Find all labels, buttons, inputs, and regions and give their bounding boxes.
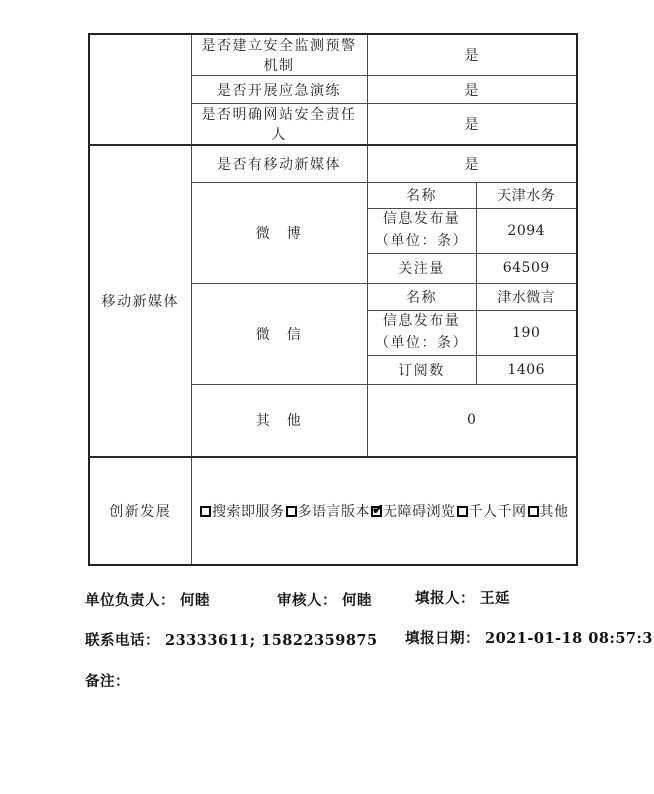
- wechat-name-value: 津水微言: [476, 283, 577, 310]
- innovation-section-label: 创新发展: [89, 457, 191, 565]
- checkbox-icon[interactable]: ✔: [457, 506, 468, 517]
- annual-report-table: 是否建立安全监测预警机制 是 是否开展应急演练 是 是否明确网站安全责任人 是 …: [88, 33, 578, 566]
- contact-phone-field: 联系电话：23333611; 15822359875: [85, 629, 378, 650]
- report-date-value: 2021-01-18 08:57:36: [485, 630, 654, 647]
- other-media-value: 0: [367, 384, 577, 457]
- other-media-label: 其 他: [191, 384, 367, 457]
- weibo-posts-label: 信息发布量 （单位：条）: [367, 208, 476, 253]
- innovation-option-label: 无障碍浏览: [383, 501, 456, 521]
- report-date-label: 填报日期：: [405, 630, 480, 647]
- reviewer-field: 审核人：何睦: [277, 589, 372, 610]
- has-mobile-media-value: 是: [367, 145, 577, 182]
- filler-value: 王延: [480, 590, 510, 607]
- remarks-field: 备注：: [85, 670, 130, 691]
- contact-phone-value: 23333611; 15822359875: [165, 632, 378, 649]
- wechat-subscribers-value: 1406: [476, 355, 577, 384]
- reviewer-value: 何睦: [342, 592, 372, 609]
- check-icon: ✔: [372, 503, 384, 517]
- weibo-followers-value: 64509: [476, 253, 577, 283]
- security-answer-value: 是: [367, 104, 577, 146]
- wechat-posts-label: 信息发布量 （单位：条）: [367, 310, 476, 355]
- weibo-name-value: 天津水务: [476, 182, 577, 208]
- wechat-posts-value: 190: [476, 310, 577, 355]
- unit-head-field: 单位负责人：何睦: [85, 589, 210, 610]
- weibo-followers-label: 关注量: [367, 253, 476, 283]
- weibo-name-label: 名称: [367, 182, 476, 208]
- weibo-label: 微 博: [191, 182, 367, 283]
- has-mobile-media-label: 是否有移动新媒体: [191, 145, 367, 182]
- filler-field: 填报人：王延: [415, 587, 510, 608]
- innovation-option: ✔ 千人千网: [456, 501, 527, 521]
- wechat-label: 微 信: [191, 283, 367, 384]
- innovation-option: ✔ 其他: [527, 501, 569, 521]
- innovation-option-label: 其他: [540, 501, 569, 521]
- checkbox-icon[interactable]: ✔: [371, 506, 382, 517]
- innovation-option: ✔ 无障碍浏览: [370, 501, 456, 521]
- contact-phone-label: 联系电话：: [85, 632, 160, 649]
- checkbox-icon[interactable]: ✔: [528, 506, 539, 517]
- innovation-option: ✔ 搜索即服务: [199, 501, 285, 521]
- innovation-option: ✔ 多语言版本: [285, 501, 371, 521]
- innovation-options-cell: ✔ 搜索即服务 ✔ 多语言版本 ✔ 无障碍浏览 ✔ 千人千网: [191, 457, 577, 565]
- security-section-blank-cell: [89, 34, 191, 145]
- checkbox-icon[interactable]: ✔: [286, 506, 297, 517]
- security-answer-value: 是: [367, 76, 577, 104]
- unit-head-label: 单位负责人：: [85, 592, 175, 609]
- remarks-label: 备注：: [85, 673, 130, 690]
- security-answer-value: 是: [367, 34, 577, 76]
- filler-label: 填报人：: [415, 590, 475, 607]
- unit-head-value: 何睦: [180, 592, 210, 609]
- wechat-name-label: 名称: [367, 283, 476, 310]
- weibo-posts-value: 2094: [476, 208, 577, 253]
- reviewer-label: 审核人：: [277, 592, 337, 609]
- security-question-label: 是否开展应急演练: [191, 76, 367, 104]
- checkbox-icon[interactable]: ✔: [200, 506, 211, 517]
- innovation-options-row: ✔ 搜索即服务 ✔ 多语言版本 ✔ 无障碍浏览 ✔ 千人千网: [195, 501, 574, 521]
- report-date-field: 填报日期：2021-01-18 08:57:36: [405, 627, 654, 648]
- innovation-option-label: 千人千网: [469, 501, 527, 521]
- innovation-option-label: 搜索即服务: [212, 501, 285, 521]
- wechat-subscribers-label: 订阅数: [367, 355, 476, 384]
- security-question-label: 是否明确网站安全责任人: [191, 104, 367, 146]
- innovation-option-label: 多语言版本: [298, 501, 371, 521]
- security-question-label: 是否建立安全监测预警机制: [191, 34, 367, 76]
- mobile-media-section-label: 移动新媒体: [89, 145, 191, 457]
